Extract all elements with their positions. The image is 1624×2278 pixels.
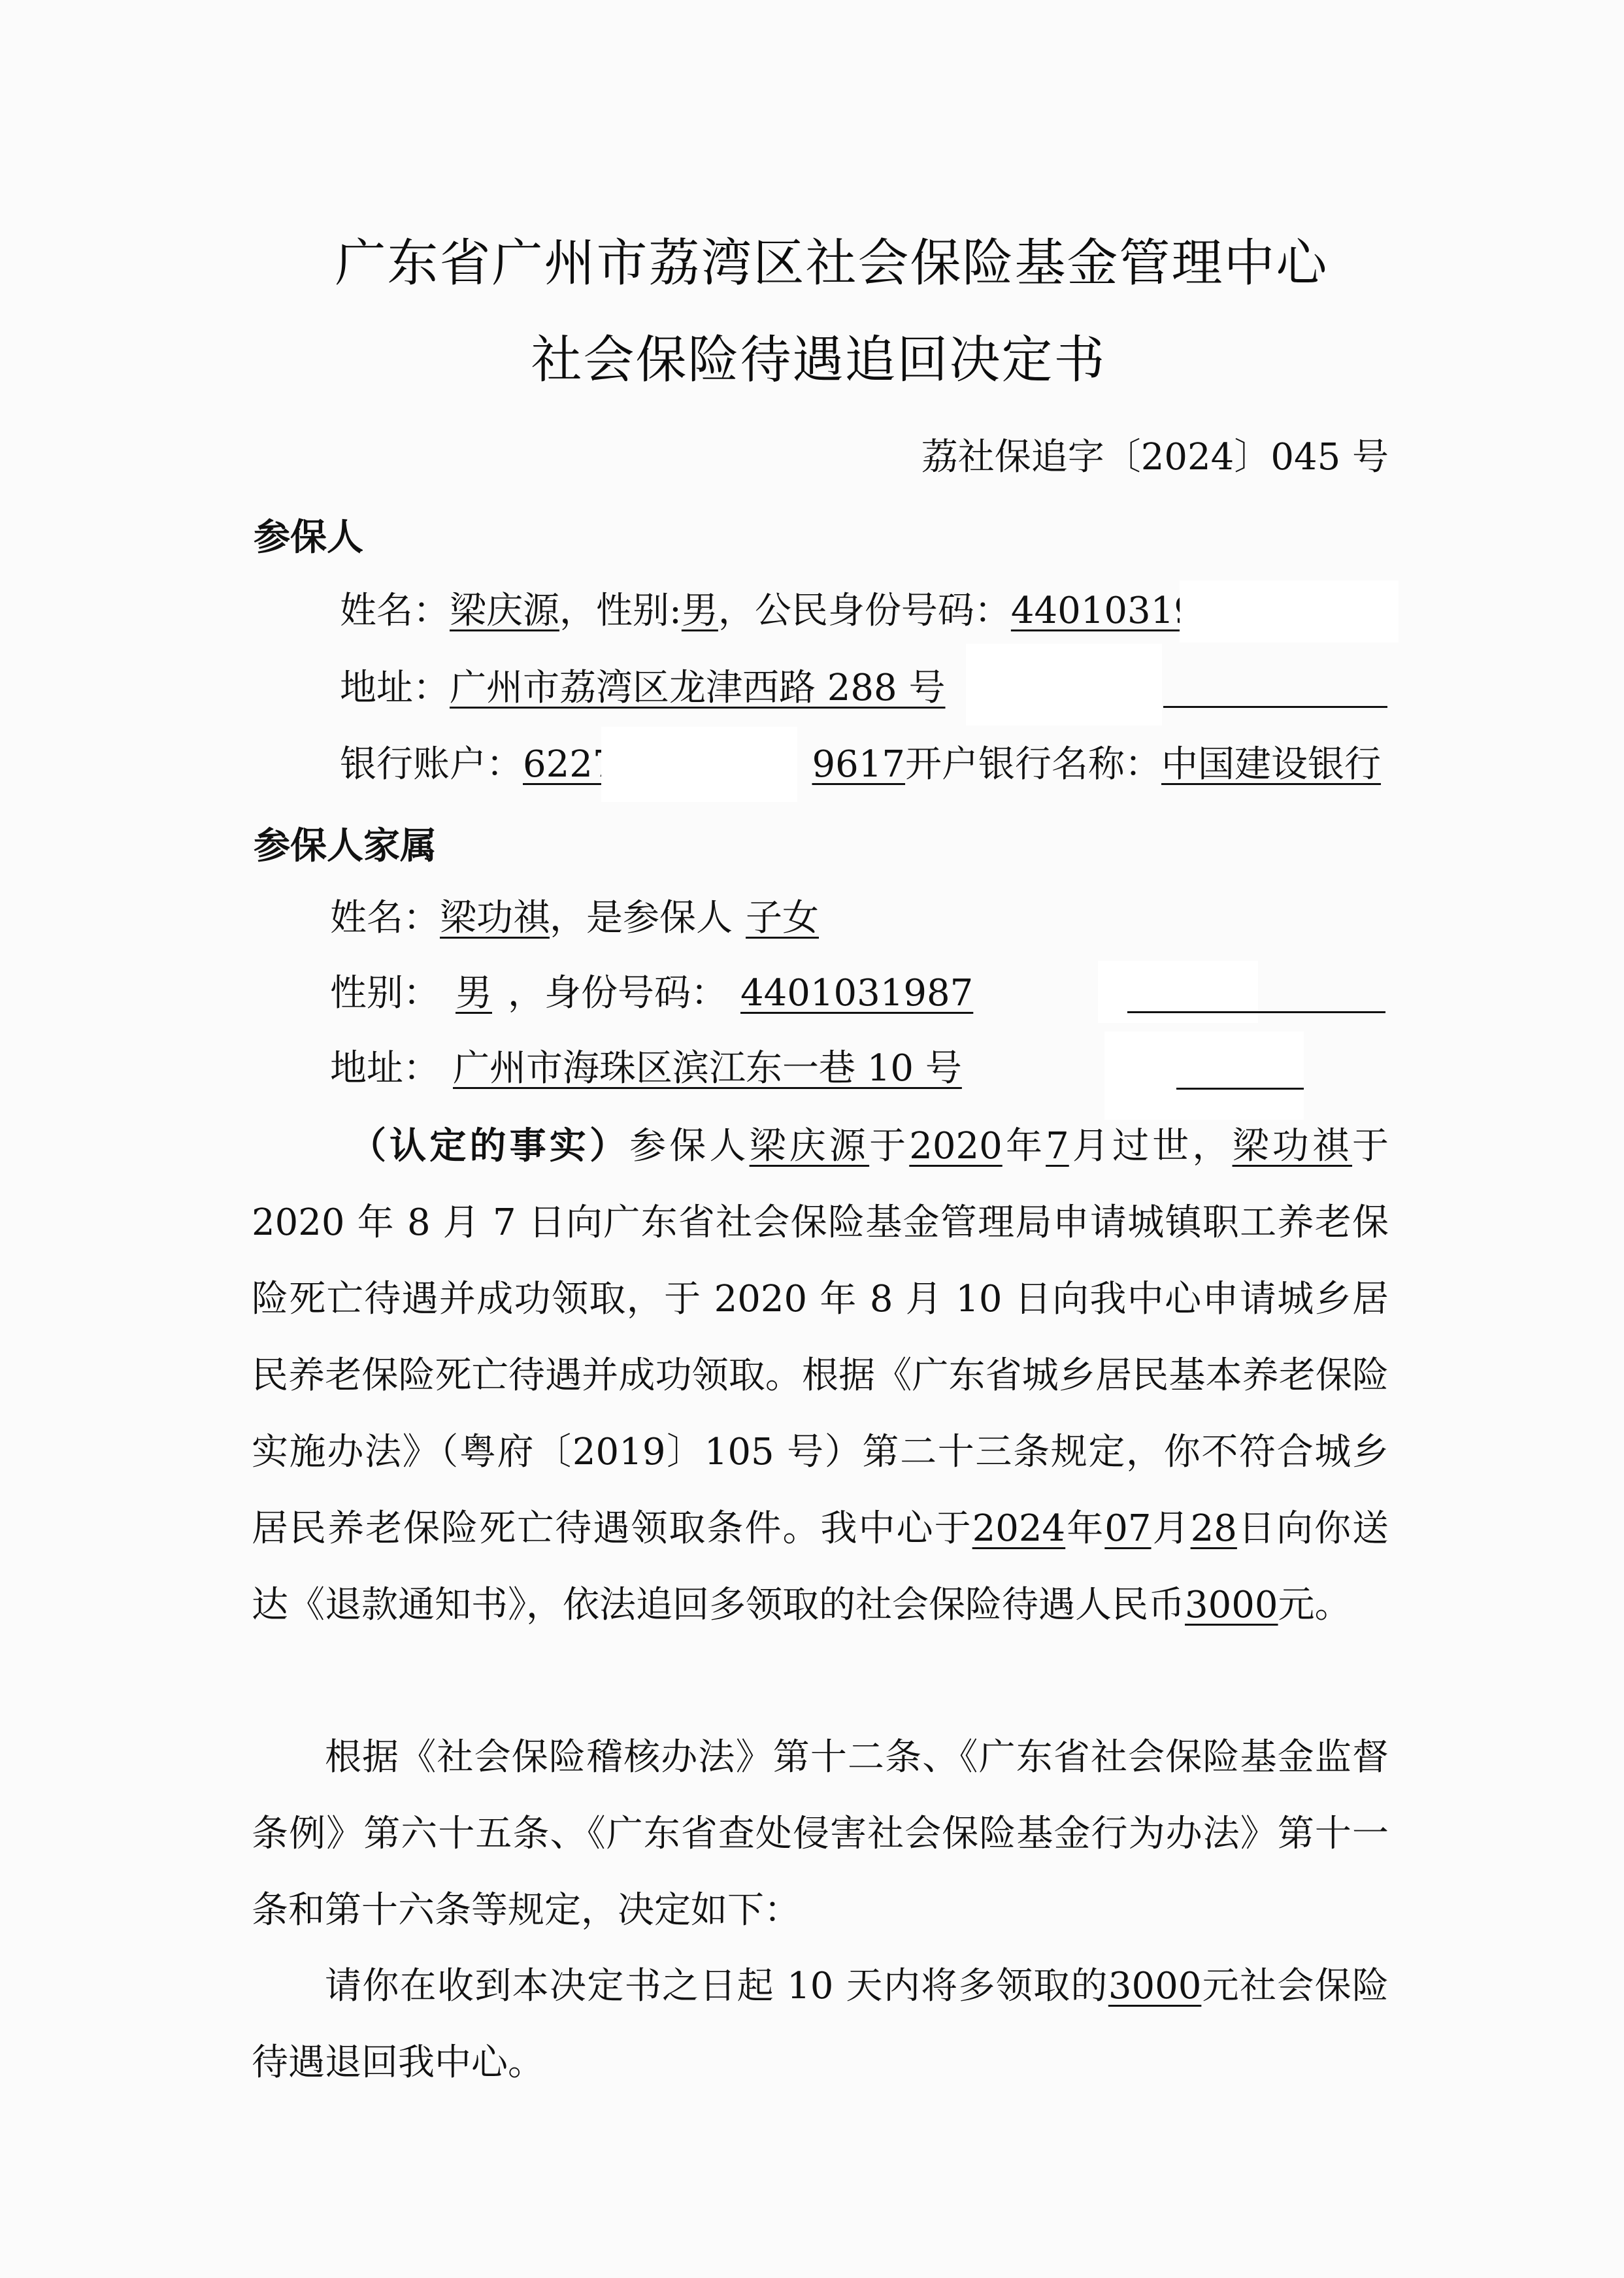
- bank-name-label: 开户银行名称：: [905, 743, 1161, 786]
- recovery-amount: 3000: [1185, 1584, 1278, 1626]
- text-segment: 于: [1352, 1125, 1389, 1167]
- insured-gender: 男: [682, 590, 718, 632]
- family-address-line: 地址：广州市海珠区滨江东一巷 10 号: [330, 1046, 962, 1092]
- facts-label: （认定的事实）: [350, 1125, 629, 1167]
- notice-year: 2024: [972, 1507, 1066, 1550]
- text-segment: 于: [869, 1125, 909, 1167]
- insured-name-line: 姓名：梁庆源，性别:男，公民身份号码：4401031960: [340, 588, 1244, 634]
- family-gender: 男: [440, 972, 508, 1014]
- issuer-heading: 广东省广州市荔湾区社会保险基金管理中心: [20, 222, 1624, 295]
- family-relation: 子女: [733, 897, 878, 939]
- text-segment: 2020 年 8 月 7 日向广东省社会保险基金管理局申请城镇职工养老保险死亡待…: [252, 1201, 1389, 1550]
- text-segment: 年: [1003, 1125, 1046, 1167]
- document-title: 社会保险待遇追回决定书: [7, 319, 1624, 392]
- text-segment: 元。: [1278, 1584, 1351, 1626]
- legal-basis-paragraph: 根据《社会保险稽核办法》第十二条、《广东省社会保险基金监督条例》第六十五条、《广…: [252, 1719, 1389, 1949]
- address-label: 地址：: [330, 1047, 440, 1090]
- bank-account-suffix: 9617: [812, 743, 906, 786]
- name-label: 姓名：: [330, 897, 440, 939]
- section-insured-person: 参保人: [254, 509, 363, 561]
- redaction-box: [1180, 580, 1399, 643]
- bank-name: 中国建设银行: [1161, 743, 1381, 786]
- insured-address: 广州市荔湾区龙津西路 288 号: [450, 667, 946, 709]
- id-label: ，身份号码：: [508, 972, 727, 1014]
- decision-amount: 3000: [1108, 1965, 1202, 2007]
- redaction-box: [601, 727, 797, 802]
- document-page: 广东省广州市荔湾区社会保险基金管理中心 社会保险待遇追回决定书 荔社保追字〔20…: [0, 0, 1624, 2278]
- family-id-number: 4401031987: [727, 972, 973, 1014]
- blank-underline: [1163, 706, 1387, 708]
- blank-underline: [1127, 1011, 1385, 1013]
- address-label: 地址：: [340, 667, 450, 709]
- document-number: 荔社保追字〔2024〕045 号: [921, 428, 1389, 480]
- text-segment: 请你在收到本决定书之日起 10 天内将多领取的: [325, 1965, 1108, 2007]
- notice-month: 07: [1104, 1507, 1151, 1550]
- text-segment: 年: [1065, 1507, 1104, 1550]
- text-segment: 参保人: [629, 1125, 749, 1167]
- text-segment: 月过世，: [1069, 1125, 1233, 1167]
- section-family-member: 参保人家属: [254, 817, 437, 869]
- insured-name: 梁庆源: [450, 590, 559, 632]
- decision-paragraph: 请你在收到本决定书之日起 10 天内将多领取的3000元社会保险待遇退回我中心。: [252, 1948, 1389, 2101]
- insured-address-line: 地址：广州市荔湾区龙津西路 288 号: [340, 665, 946, 711]
- blank-underline: [1176, 1088, 1304, 1090]
- death-year: 2020: [909, 1125, 1003, 1167]
- facts-paragraph: （认定的事实）参保人梁庆源于2020年7月过世，梁功祺于2020 年 8 月 7…: [252, 1108, 1389, 1643]
- death-month: 7: [1046, 1125, 1069, 1167]
- gender-label: 性别：: [330, 972, 440, 1014]
- insured-name-ref: 梁庆源: [750, 1125, 869, 1167]
- notice-day: 28: [1191, 1507, 1237, 1550]
- gender-label: ，性别:: [559, 590, 682, 632]
- family-address: 广州市海珠区滨江东一巷 10 号: [440, 1047, 962, 1090]
- text-segment: 月: [1152, 1507, 1191, 1550]
- family-name: 梁功祺: [440, 897, 550, 939]
- relation-label: ，是参保人: [550, 897, 733, 939]
- redaction-box: [966, 644, 1162, 726]
- claimant-name-ref: 梁功祺: [1233, 1125, 1352, 1167]
- redaction-box: [1098, 961, 1258, 1023]
- family-name-line: 姓名：梁功祺，是参保人子女: [330, 896, 878, 941]
- insured-bank-line: 银行账户：62279617开户银行名称：中国建设银行: [340, 742, 1381, 788]
- name-label: 姓名：: [340, 590, 450, 632]
- id-label: ，公民身份号码：: [718, 590, 1011, 632]
- bank-account-label: 银行账户：: [340, 743, 523, 786]
- family-gender-line: 性别：男，身份号码：4401031987: [330, 971, 973, 1016]
- redaction-box: [1104, 1031, 1304, 1120]
